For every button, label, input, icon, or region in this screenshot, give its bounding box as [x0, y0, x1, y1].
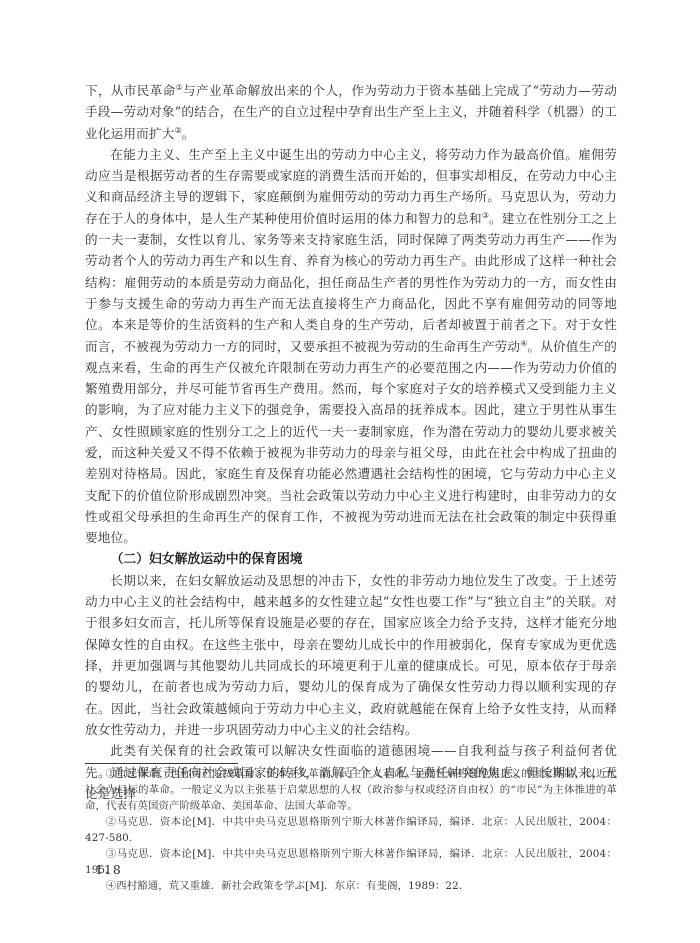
footnote-separator-rule — [85, 763, 238, 764]
paragraph-womens-liberation: 长期以来，在妇女解放运动及思想的冲击下，女性的非劳动力地位发生了改变。于上述劳动… — [85, 570, 617, 740]
footnote-item: ②马克思．资本论[M]．中共中央马克思恩格斯列宁斯大林著作编译局，编译．北京：人… — [85, 814, 617, 846]
section-heading-childcare-dilemma: （二）妇女解放运动中的保育困境 — [85, 549, 617, 570]
page-number: 118 — [95, 862, 122, 877]
footnote-item: ③马克思．资本论[M]．中共中央马克思恩格斯列宁斯大林著作编译局，编译．北京：人… — [85, 846, 617, 878]
main-text-block: 下，从市民革命①与产业革命解放出来的个人，作为劳动力于资本基础上完成了“劳动力—… — [85, 80, 617, 804]
footnote-item: ④西村豁通，荒又重雄．新社会政策を学ぶ[M]．东京：有斐阁，1989：22. — [85, 878, 617, 894]
document-page: 下，从市民革命①与产业革命解放出来的个人，作为劳动力于资本基础上完成了“劳动力—… — [0, 0, 700, 943]
paragraph-continuation: 下，从市民革命①与产业革命解放出来的个人，作为劳动力于资本基础上完成了“劳动力—… — [85, 80, 617, 144]
footnotes-block: ①市民革命，也称资产阶级革命、资本主义革命、民主主义革命，是指瓦解封建绝对主义的… — [85, 766, 617, 894]
paragraph-labor-centrism: 在能力主义、生产至上主义中诞生出的劳动力中心主义，将劳动力作为最高价值。雇佣劳动… — [85, 144, 617, 549]
footnote-item: ①市民革命，也称资产阶级革命、资本主义革命、民主主义革命，是指瓦解封建绝对主义的… — [85, 766, 617, 814]
